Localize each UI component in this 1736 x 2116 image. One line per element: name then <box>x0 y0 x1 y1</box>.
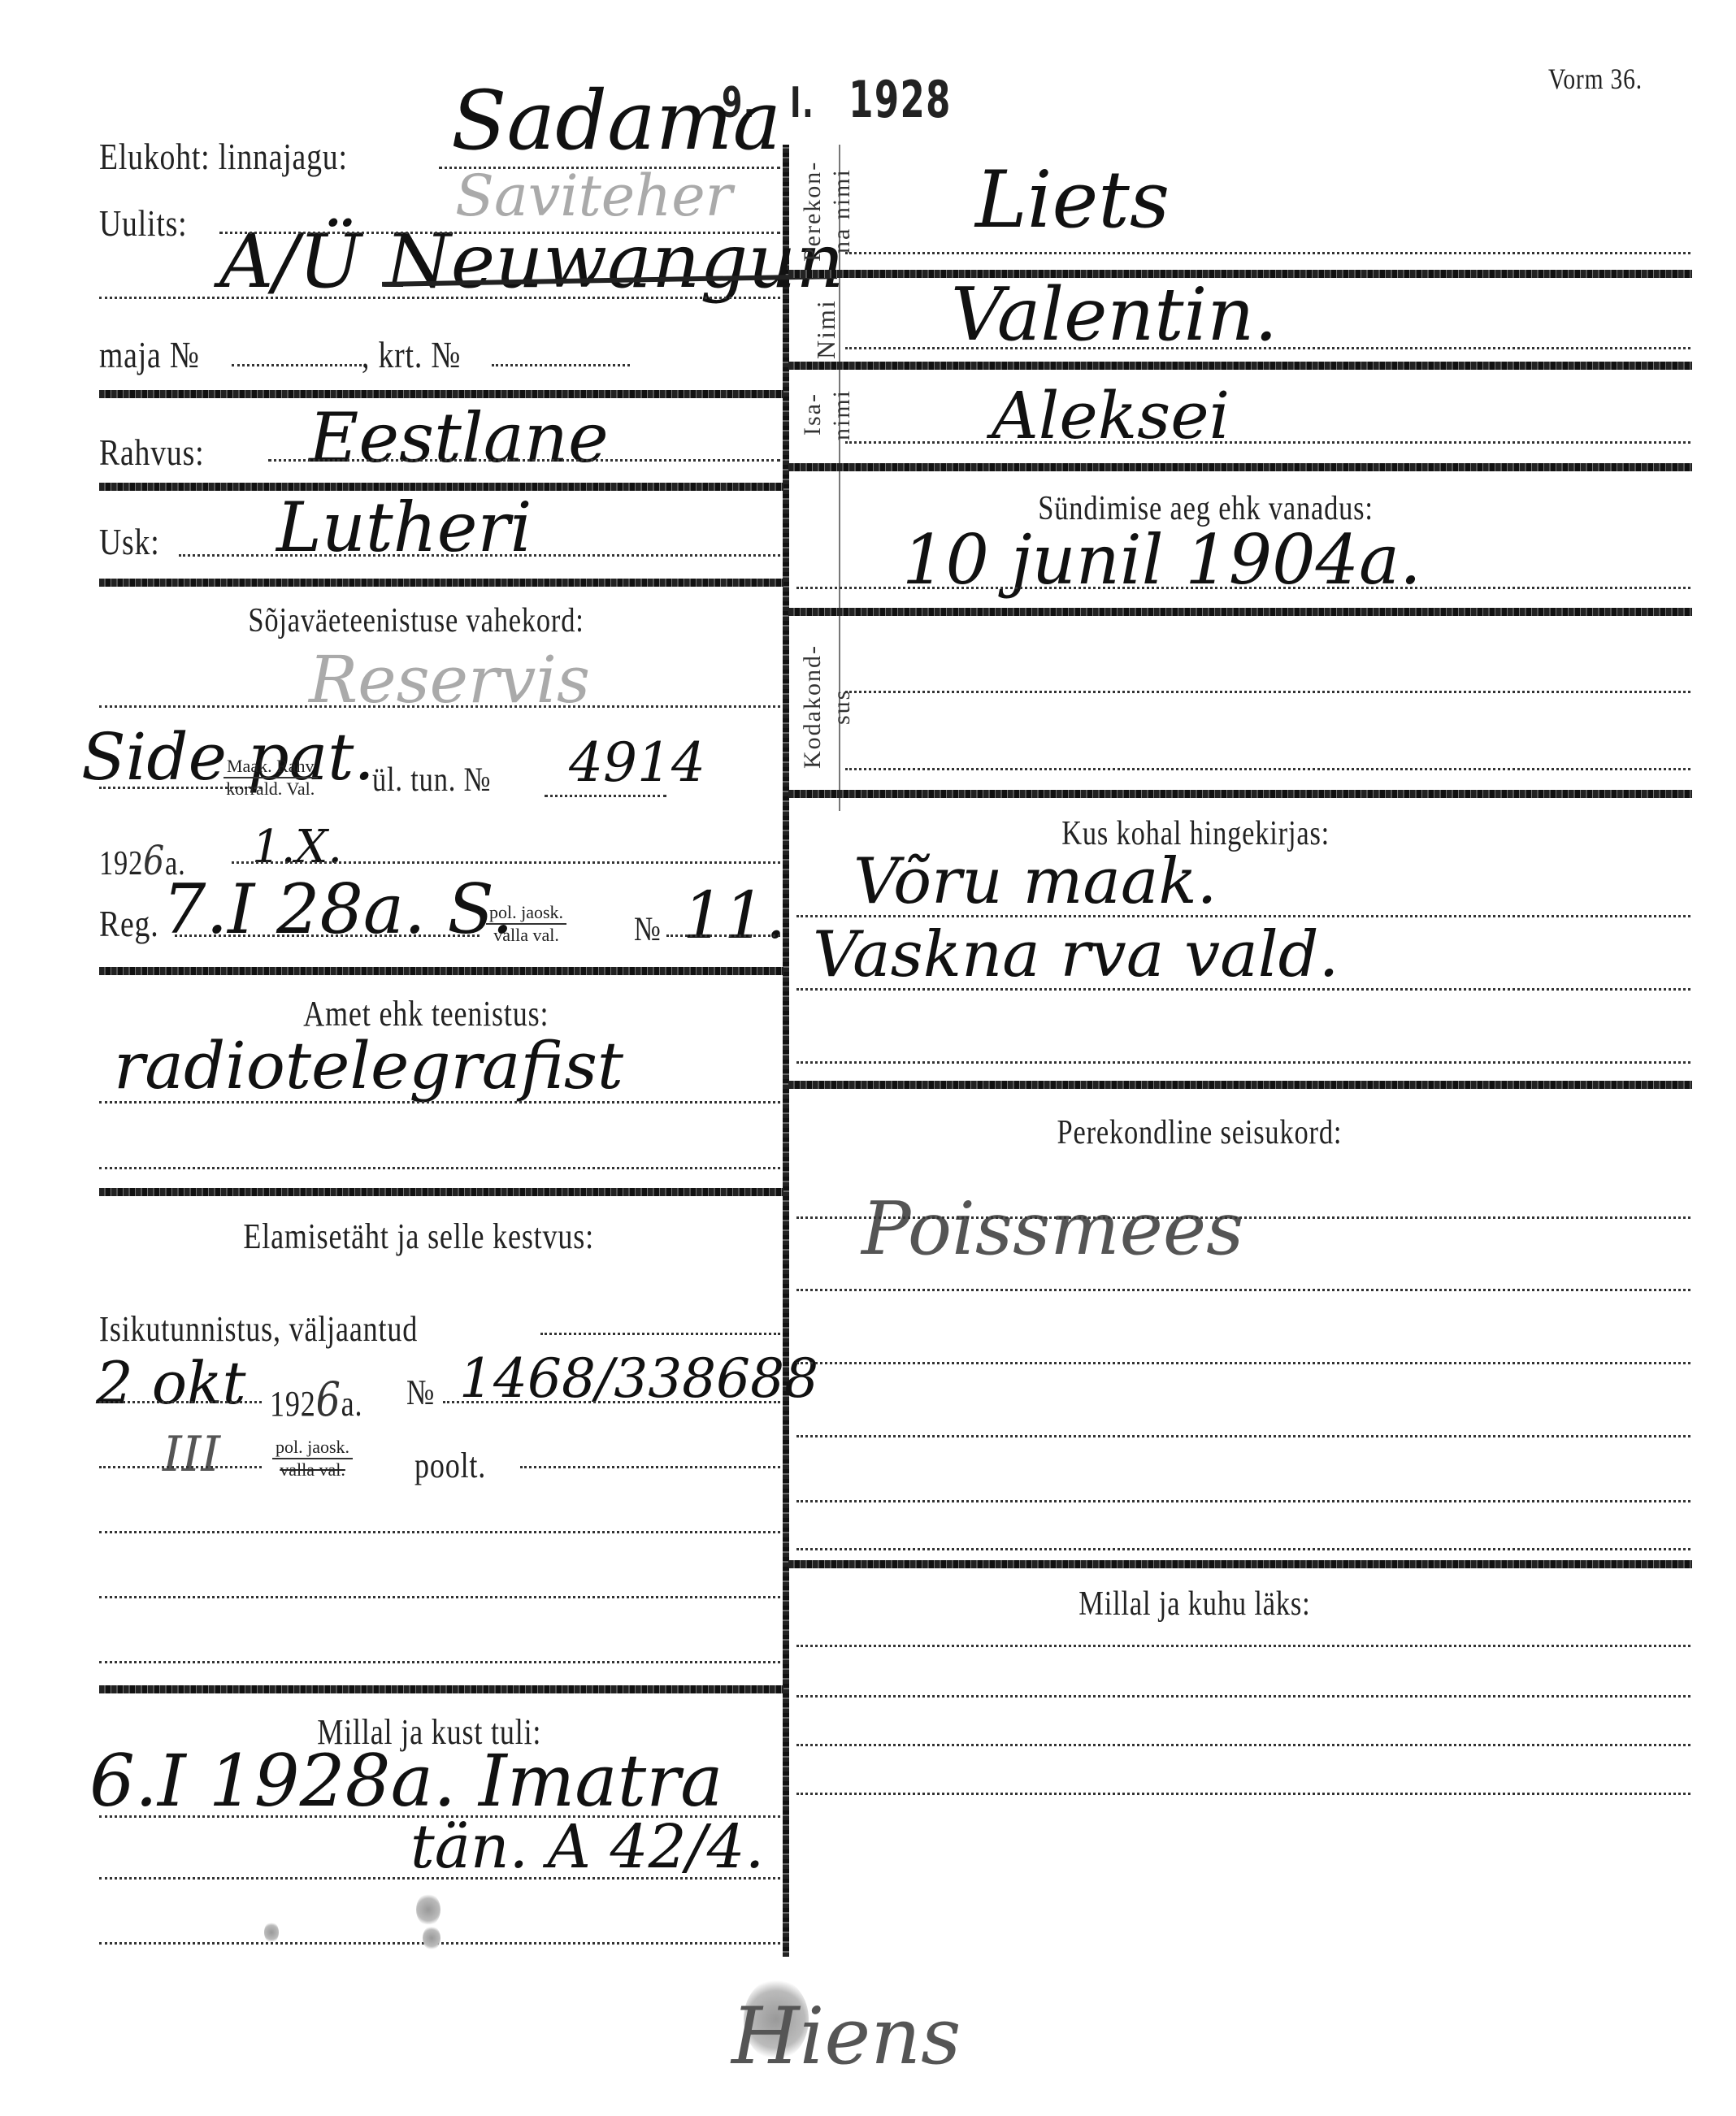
id-card-date-line <box>99 1401 262 1403</box>
surname-value[interactable]: Liets <box>975 154 1170 245</box>
fraction-bottom: korrald. Val. <box>224 778 318 800</box>
house-number-label: maja № <box>99 333 200 376</box>
date-stamp-month: I. <box>790 79 814 128</box>
citizenship-line-2[interactable] <box>845 768 1690 770</box>
section-divider <box>99 1685 783 1693</box>
section-divider <box>788 1560 1692 1568</box>
id-card-number-line <box>443 1401 780 1403</box>
military-cert-label: ül. tun. № <box>372 761 491 800</box>
residence-value[interactable]: Sadama <box>451 73 781 168</box>
marital-status-line-6 <box>796 1548 1690 1550</box>
marital-status-line-2 <box>796 1289 1690 1291</box>
section-divider <box>99 967 783 975</box>
departure-heading: Millal ja kuhu läks: <box>1078 1585 1310 1624</box>
ink-smudge <box>264 1922 279 1943</box>
section-divider <box>99 1188 783 1196</box>
id-card-line-4 <box>99 1596 780 1598</box>
registration-line <box>175 934 480 937</box>
first-name-value[interactable]: Valentin. <box>951 272 1278 358</box>
nationality-line <box>268 459 780 462</box>
marital-status-value[interactable]: Poissmees <box>861 1186 1243 1272</box>
residence-label: Elukoht: linnajagu: <box>99 135 348 178</box>
citizenship-line-1[interactable] <box>845 691 1690 693</box>
signature: Hiens <box>731 1991 961 2082</box>
id-card-issuer-line <box>99 1466 262 1468</box>
departure-line-2[interactable] <box>796 1695 1690 1698</box>
departure-line-4[interactable] <box>796 1793 1690 1795</box>
house-number-field[interactable] <box>232 364 362 366</box>
arrival-value-line2[interactable]: tän. A 42/4. <box>410 1812 764 1882</box>
parish-register-line-1 <box>796 915 1690 917</box>
section-divider <box>788 362 1692 370</box>
registration-number-line <box>666 934 780 937</box>
id-card-line-3 <box>99 1531 780 1533</box>
section-divider <box>788 790 1692 798</box>
military-year-digit[interactable]: 6 <box>143 837 165 884</box>
section-divider <box>99 390 783 398</box>
arrival-value-line1[interactable]: 6.I 1928a. Imatra <box>89 1739 723 1823</box>
nationality-label: Rahvus: <box>99 431 204 474</box>
apartment-number-field[interactable] <box>492 364 630 366</box>
citizenship-side-label: Kodakond-sus <box>798 626 857 788</box>
id-card-issuer-value[interactable]: III <box>163 1426 220 1483</box>
street-label: Uulits: <box>99 202 187 245</box>
date-stamp-year: 1928 <box>848 70 951 129</box>
surname-side-label: Perekon-na nimi <box>798 146 857 276</box>
surname-line <box>845 252 1690 254</box>
parish-register-value-line2[interactable]: Vaskna rva vald. <box>813 918 1339 991</box>
parish-register-value-line1[interactable]: Võru maak. <box>853 845 1217 918</box>
military-year-line <box>232 861 780 864</box>
religion-label: Usk: <box>99 520 160 563</box>
marital-status-heading: Perekondline seisukord: <box>1057 1113 1342 1152</box>
marital-status-line-4 <box>796 1435 1690 1437</box>
fraction-top: pol. jaosk. <box>272 1437 353 1459</box>
street-line-2 <box>99 297 780 299</box>
arrival-line-2 <box>99 1877 780 1880</box>
marital-status-line-5 <box>796 1500 1690 1502</box>
fraction-top: pol. jaosk. <box>486 902 566 925</box>
fraction-bottom: valla val. <box>486 925 566 946</box>
apartment-number-label: , krt. № <box>362 333 461 376</box>
patronymic-line <box>845 441 1690 444</box>
id-card-date-value[interactable]: 2 okt <box>96 1349 246 1417</box>
parish-register-line-3 <box>796 1061 1690 1064</box>
id-card-label: Isikutunnistus, väljaantud <box>99 1308 418 1350</box>
id-card-by-label: poolt. <box>414 1445 486 1486</box>
birth-line <box>796 587 1690 589</box>
registration-label: Reg. <box>99 902 158 945</box>
military-line-1 <box>99 705 780 708</box>
center-divider <box>783 145 789 1957</box>
religion-line <box>179 554 780 557</box>
id-card-number-label: № <box>406 1372 435 1413</box>
parish-register-line-2 <box>796 988 1690 991</box>
ink-smudge <box>423 1926 441 1950</box>
military-year-date[interactable]: 1.X. <box>252 821 342 874</box>
marital-status-line-1 <box>796 1216 1690 1219</box>
form-number: Vorm 36. <box>1548 62 1643 96</box>
registration-number-label: № <box>634 910 662 949</box>
id-card-by-line <box>520 1466 780 1468</box>
section-divider <box>788 463 1692 471</box>
fraction-bottom: valla val. <box>272 1459 353 1481</box>
military-heading: Sõjaväeteenistuse vahekord: <box>248 601 584 640</box>
military-cert-value[interactable]: 4914 <box>569 731 705 794</box>
id-card-issuer-fraction: pol. jaosk. valla val. <box>272 1437 353 1481</box>
ink-smudge <box>416 1893 441 1926</box>
street-line-1 <box>219 232 780 234</box>
section-divider <box>788 608 1692 616</box>
departure-line-1[interactable] <box>796 1645 1690 1647</box>
marital-status-line-3 <box>796 1362 1690 1364</box>
occupation-line-1 <box>99 1101 780 1104</box>
fraction-top: Maak. Rahv <box>224 756 318 778</box>
registration-fraction: pol. jaosk. valla val. <box>486 902 566 946</box>
id-card-year-digit[interactable]: 6 <box>316 1372 341 1427</box>
first-name-line <box>845 347 1690 349</box>
military-cert-line <box>545 795 666 797</box>
id-card-issued-line <box>540 1333 780 1335</box>
section-divider <box>99 579 783 587</box>
departure-line-3[interactable] <box>796 1744 1690 1746</box>
id-card-year: 1926a. <box>270 1372 362 1427</box>
occupation-line-2 <box>99 1167 780 1169</box>
registration-number-value[interactable]: 11. <box>683 878 786 953</box>
section-divider <box>788 1081 1692 1089</box>
id-card-line-5 <box>99 1661 780 1663</box>
nationality-value[interactable]: Eestlane <box>309 398 609 478</box>
military-unit-fraction: Maak. Rahv korrald. Val. <box>224 756 318 800</box>
registration-value[interactable]: 7.I 28a. S. <box>163 869 514 949</box>
residence-permit-heading: Elamisetäht ja selle kestvus: <box>243 1216 594 1257</box>
occupation-value[interactable]: radiotelegrafist <box>114 1028 623 1104</box>
